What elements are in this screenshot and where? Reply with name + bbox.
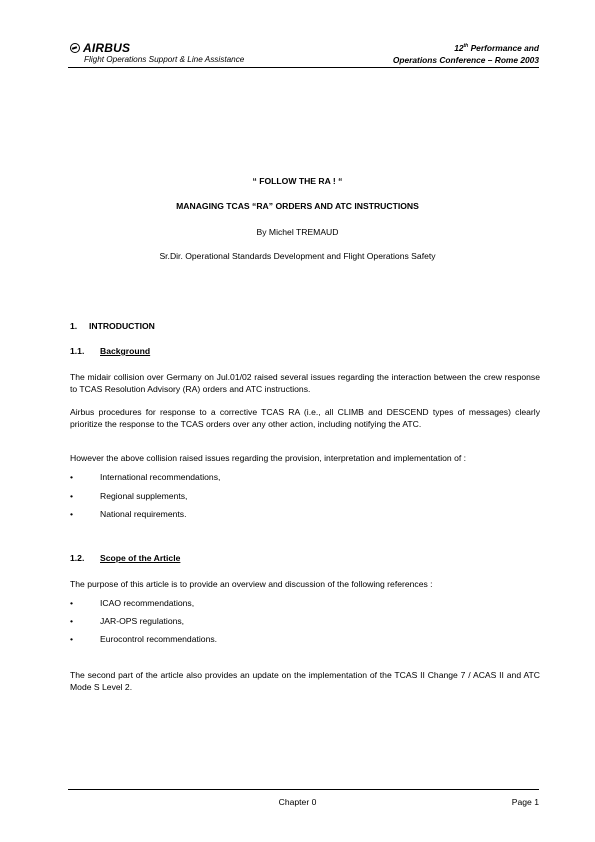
author-role: Sr.Dir. Operational Standards Developmen… bbox=[0, 251, 595, 261]
background-paragraph-3: However the above collision raised issue… bbox=[70, 453, 540, 465]
conference-line-1: 12th Performance and bbox=[454, 43, 539, 53]
quote-title: “ FOLLOW THE RA ! “ bbox=[0, 176, 595, 186]
section-heading-scope: 1.2.Scope of the Article bbox=[70, 553, 180, 563]
airbus-logo-icon bbox=[70, 43, 80, 53]
section-heading-background: 1.1.Background bbox=[70, 346, 150, 356]
background-paragraph-1: The midair collision over Germany on Jul… bbox=[70, 372, 540, 395]
scope-paragraph-2: The second part of the article also prov… bbox=[70, 670, 540, 693]
background-paragraph-2: Airbus procedures for response to a corr… bbox=[70, 407, 540, 430]
section-heading-introduction: 1.INTRODUCTION bbox=[70, 321, 155, 331]
scope-paragraph-1: The purpose of this article is to provid… bbox=[70, 579, 540, 591]
airbus-logo: AIRBUS bbox=[70, 41, 130, 55]
main-title: MANAGING TCAS “RA” ORDERS AND ATC INSTRU… bbox=[0, 201, 595, 211]
conference-line-2: Operations Conference – Rome 2003 bbox=[393, 55, 539, 65]
list-item: •ICAO recommendations, bbox=[70, 598, 194, 608]
author: By Michel TREMAUD bbox=[0, 227, 595, 237]
list-item: •Eurocontrol recommendations. bbox=[70, 634, 217, 644]
header-divider bbox=[68, 67, 539, 68]
logo-text: AIRBUS bbox=[83, 41, 130, 55]
footer-divider bbox=[68, 789, 539, 790]
list-item: •International recommendations, bbox=[70, 472, 220, 482]
department-name: Flight Operations Support & Line Assista… bbox=[84, 55, 244, 64]
list-item: •National requirements. bbox=[70, 509, 186, 519]
list-item: •JAR-OPS regulations, bbox=[70, 616, 184, 626]
chapter-label: Chapter 0 bbox=[0, 797, 595, 807]
list-item: •Regional supplements, bbox=[70, 491, 187, 501]
page-number: Page 1 bbox=[512, 797, 539, 807]
